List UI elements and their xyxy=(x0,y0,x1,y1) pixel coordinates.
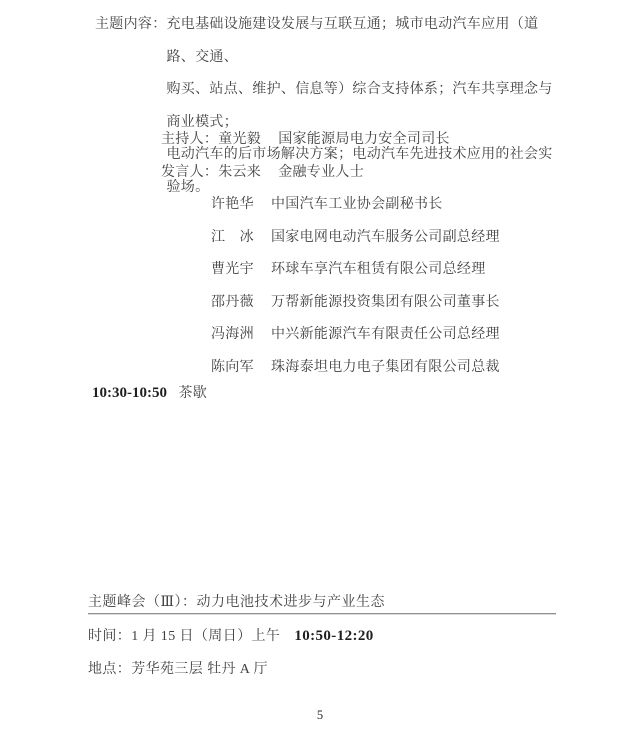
speaker-name: 曹光宇 xyxy=(211,254,271,287)
summit-time-label: 时间： xyxy=(88,629,131,644)
speaker-row: 陈向军 珠海泰坦电力电子集团有限公司总裁 xyxy=(161,352,591,385)
speaker-title: 中兴新能源汽车有限责任公司总经理 xyxy=(271,319,591,352)
summit-time-row: 时间：1 月 15 日（周日）上午10:50-12:20 xyxy=(88,628,374,645)
summit-title: 主题峰会（Ⅲ）：动力电池技术进步与产业生态 xyxy=(88,595,556,614)
speaker-title: 金融专业人士 xyxy=(278,157,591,190)
summit-location-row: 地点：芳华苑三层 牡丹 A 厅 xyxy=(88,661,268,678)
speaker-panel-section: 主持人： 童光毅 国家能源局电力安全司司长 发言人： 朱云来 金融专业人士 许艳… xyxy=(161,124,591,384)
speaker-label-spacer xyxy=(161,189,211,222)
speaker-row: 邵丹薇 万帮新能源投资集团有限公司董事长 xyxy=(161,287,591,320)
speaker-name: 朱云来 xyxy=(218,157,278,190)
summit-location-text: 芳华苑三层 牡丹 A 厅 xyxy=(131,662,268,677)
speaker-row: 江 冰 国家电网电动汽车服务公司副总经理 xyxy=(161,222,591,255)
speaker-label-spacer xyxy=(161,287,211,320)
speaker-row: 许艳华 中国汽车工业协会副秘书长 xyxy=(161,189,591,222)
speaker-name: 邵丹薇 xyxy=(211,287,271,320)
document-page: 主题内容： 充电基础设施建设发展与互联互通；城市电动汽车应用（道路、交通、 购买… xyxy=(0,0,640,743)
speaker-title: 环球车享汽车租赁有限公司总经理 xyxy=(271,254,591,287)
speaker-title: 珠海泰坦电力电子集团有限公司总裁 xyxy=(271,352,591,385)
page-number: 5 xyxy=(0,708,640,723)
speaker-name: 冯海洲 xyxy=(211,319,271,352)
moderator-name: 童光毅 xyxy=(218,124,278,157)
speaker-title: 万帮新能源投资集团有限公司董事长 xyxy=(271,287,591,320)
speaker-title: 国家电网电动汽车服务公司副总经理 xyxy=(271,222,591,255)
speaker-label-spacer xyxy=(161,222,211,255)
speaker-name: 江 冰 xyxy=(211,222,271,255)
speaker-name: 陈向军 xyxy=(211,352,271,385)
speaker-name: 许艳华 xyxy=(211,189,271,222)
speaker-label-spacer xyxy=(161,319,211,352)
tea-break-row: 10:30-10:50 茶歇 xyxy=(92,382,207,405)
topic-content-label: 主题内容： xyxy=(95,9,167,204)
tea-break-label: 茶歇 xyxy=(179,386,208,401)
speaker-label-spacer xyxy=(161,352,211,385)
summit-time-text: 1 月 15 日（周日）上午 xyxy=(131,629,280,644)
speaker-label-spacer xyxy=(161,254,211,287)
speakers-label: 发言人： xyxy=(161,157,218,190)
summit-location-label: 地点： xyxy=(88,662,131,677)
speaker-row: 发言人： 朱云来 金融专业人士 xyxy=(161,157,591,190)
summit-time-range: 10:50-12:20 xyxy=(294,628,373,644)
moderator-label: 主持人： xyxy=(161,124,218,157)
speaker-title: 中国汽车工业协会副秘书长 xyxy=(271,189,591,222)
speaker-row: 曹光宇 环球车享汽车租赁有限公司总经理 xyxy=(161,254,591,287)
tea-break-time: 10:30-10:50 xyxy=(92,385,167,401)
topic-content-line: 充电基础设施建设发展与互联互通；城市电动汽车应用（道路、交通、 xyxy=(167,9,564,74)
moderator-title: 国家能源局电力安全司司长 xyxy=(278,124,591,157)
speaker-row: 冯海洲 中兴新能源汽车有限责任公司总经理 xyxy=(161,319,591,352)
moderator-row: 主持人： 童光毅 国家能源局电力安全司司长 xyxy=(161,124,591,157)
